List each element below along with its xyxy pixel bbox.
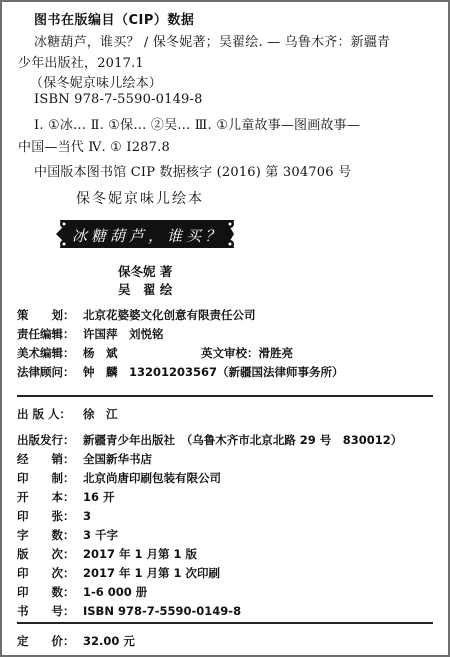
publisher-label: 出 版 人： — [17, 406, 83, 422]
detail-row-print-run: 印 数：1-6 000 册 — [17, 584, 147, 600]
detail-label: 印 制： — [17, 470, 83, 486]
cip-line: 少年出版社，2017.1 — [18, 52, 144, 71]
credit-row-editors: 责任编辑：许国萍 刘悦铭 — [17, 326, 164, 342]
detail-value: 3 — [83, 509, 91, 523]
credit-row-art-editor: 美术编辑：杨 斌英文审校：滑胜亮 — [17, 345, 293, 361]
illustrator-credit: 吴 翟 绘 — [118, 280, 172, 298]
credit-value: 杨 斌 — [83, 345, 201, 361]
publisher-value: 徐 江 — [83, 407, 118, 421]
detail-label: 经 销： — [17, 451, 83, 467]
detail-row-format: 开 本：16 开 — [17, 489, 115, 505]
title-banner: 冰糖葫芦，谁买？ — [54, 220, 240, 248]
detail-value: 全国新华书店 — [83, 452, 152, 466]
detail-value: 新疆青少年出版社 （乌鲁木齐市北京北路 29 号 830012） — [83, 433, 402, 447]
detail-label: 书 号： — [17, 603, 83, 619]
detail-value: 3 千字 — [83, 528, 118, 542]
series-title: 保冬妮京味儿绘本 — [76, 188, 204, 208]
detail-value: 2017 年 1 月第 1 版 — [83, 547, 197, 561]
cip-classification: Ⅰ. ①冰… Ⅱ. ①保… ②吴… Ⅲ. ①儿童故事—图画故事— — [34, 114, 360, 133]
cip-title: 图书在版编目（CIP）数据 — [34, 9, 194, 28]
credit-label: 法律顾问： — [17, 364, 83, 380]
detail-row-distribution: 出版发行：新疆青少年出版社 （乌鲁木齐市北京北路 29 号 830012） — [17, 432, 402, 448]
detail-value: 1-6 000 册 — [83, 585, 147, 599]
detail-value: 16 开 — [83, 490, 115, 504]
divider — [17, 395, 433, 397]
credit-value: 钟 麟 13201203567（新疆国法律师事务所） — [83, 365, 344, 379]
credit-row-planning: 策 划：北京花婆婆文化创意有限责任公司 — [17, 307, 256, 323]
detail-row-wordcount: 字 数：3 千字 — [17, 527, 118, 543]
detail-row-edition: 版 次：2017 年 1 月第 1 版 — [17, 546, 197, 562]
credit-label: 策 划： — [17, 307, 83, 323]
detail-label: 出版发行： — [17, 432, 83, 448]
detail-label: 开 本： — [17, 489, 83, 505]
credit-value: 许国萍 刘悦铭 — [83, 327, 164, 341]
detail-row-isbn: 书 号：ISBN 978-7-5590-0149-8 — [17, 603, 241, 619]
publisher-row: 出 版 人：徐 江 — [17, 406, 118, 422]
detail-row-printer: 印 制：北京尚唐印刷包装有限公司 — [17, 470, 221, 486]
detail-label: 版 次： — [17, 546, 83, 562]
copyright-page: 图书在版编目（CIP）数据 冰糖葫芦，谁买？ / 保冬妮著；吴翟绘. — 乌鲁木… — [0, 0, 450, 657]
detail-row-sheets: 印 张：3 — [17, 508, 91, 524]
detail-row-seller: 经 销：全国新华书店 — [17, 451, 152, 467]
price-label: 定 价： — [17, 633, 83, 649]
detail-value: 2017 年 1 月第 1 次印刷 — [83, 566, 220, 580]
detail-label: 印 张： — [17, 508, 83, 524]
cip-series-line: （保冬妮京味儿绘本） — [30, 72, 162, 91]
author-credit: 保冬妮 著 — [118, 262, 172, 280]
book-title: 冰糖葫芦，谁买？ — [72, 225, 224, 246]
detail-label: 字 数： — [17, 527, 83, 543]
divider — [17, 622, 433, 624]
detail-label: 印 次： — [17, 565, 83, 581]
credit-row-legal: 法律顾问：钟 麟 13201203567（新疆国法律师事务所） — [17, 364, 344, 380]
cip-record-number: 中国版本图书馆 CIP 数据核字 (2016) 第 304706 号 — [34, 161, 351, 180]
credit-extra-label: 英文审校： — [201, 346, 259, 360]
cip-classification-cont: 中国—当代 Ⅳ. ① I287.8 — [18, 136, 170, 155]
cip-line: 冰糖葫芦，谁买？ / 保冬妮著；吴翟绘. — 乌鲁木齐：新疆青 — [34, 31, 390, 50]
credit-label: 责任编辑： — [17, 326, 83, 342]
price-row: 定 价：32.00 元 — [17, 633, 135, 649]
detail-row-printing: 印 次：2017 年 1 月第 1 次印刷 — [17, 565, 220, 581]
detail-value: 北京尚唐印刷包装有限公司 — [83, 471, 221, 485]
cip-isbn: ISBN 978-7-5590-0149-8 — [34, 92, 203, 107]
credit-extra-value: 滑胜亮 — [259, 346, 294, 360]
credit-label: 美术编辑： — [17, 345, 83, 361]
detail-label: 印 数： — [17, 584, 83, 600]
price-value: 32.00 元 — [83, 634, 135, 648]
detail-value: ISBN 978-7-5590-0149-8 — [83, 604, 241, 618]
credit-value: 北京花婆婆文化创意有限责任公司 — [83, 308, 256, 322]
